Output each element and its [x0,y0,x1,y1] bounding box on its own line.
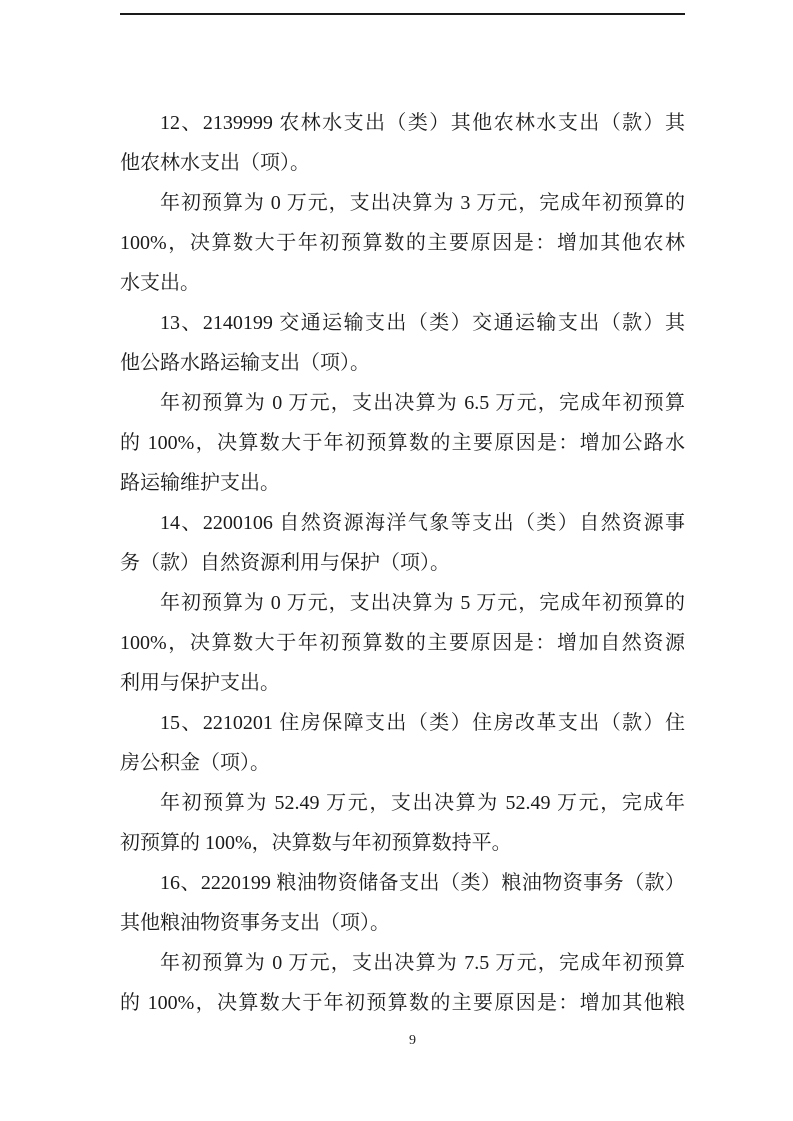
text-line: 的 100%，决算数大于年初预算数的主要原因是：增加其他粮 [120,983,685,1023]
paragraph: 16、2220199 粮油物资储备支出（类）粮油物资事务（款）其他粮油物资事务支… [120,863,685,943]
text-line: 14、2200106 自然资源海洋气象等支出（类）自然资源事 [120,503,685,543]
paragraph: 年初预算为 0 万元，支出决算为 5 万元，完成年初预算的100%，决算数大于年… [120,583,685,703]
paragraph: 年初预算为 0 万元，支出决算为 7.5 万元，完成年初预算的 100%，决算数… [120,943,685,1023]
text-line: 13、2140199 交通运输支出（类）交通运输支出（款）其 [120,303,685,343]
text-line: 100%，决算数大于年初预算数的主要原因是：增加自然资源 [120,623,685,663]
document-body: 12、2139999 农林水支出（类）其他农林水支出（款）其他农林水支出（项）。… [120,103,685,1023]
text-line: 15、2210201 住房保障支出（类）住房改革支出（款）住 [120,703,685,743]
document-page: 12、2139999 农林水支出（类）其他农林水支出（款）其他农林水支出（项）。… [0,0,793,1121]
paragraph: 13、2140199 交通运输支出（类）交通运输支出（款）其他公路水路运输支出（… [120,303,685,383]
text-line: 年初预算为 0 万元，支出决算为 7.5 万元，完成年初预算 [120,943,685,983]
paragraph: 12、2139999 农林水支出（类）其他农林水支出（款）其他农林水支出（项）。 [120,103,685,183]
text-line: 其他粮油物资事务支出（项）。 [120,903,685,943]
text-line: 利用与保护支出。 [120,663,685,703]
text-line: 年初预算为 52.49 万元，支出决算为 52.49 万元，完成年 [120,783,685,823]
text-line: 初预算的 100%，决算数与年初预算数持平。 [120,823,685,863]
text-line: 路运输维护支出。 [120,463,685,503]
text-line: 房公积金（项）。 [120,743,685,783]
text-line: 的 100%，决算数大于年初预算数的主要原因是：增加公路水 [120,423,685,463]
text-line: 年初预算为 0 万元，支出决算为 6.5 万元，完成年初预算 [120,383,685,423]
header-divider [120,13,685,15]
text-line: 年初预算为 0 万元，支出决算为 3 万元，完成年初预算的 [120,183,685,223]
text-line: 16、2220199 粮油物资储备支出（类）粮油物资事务（款） [120,863,685,903]
text-line: 年初预算为 0 万元，支出决算为 5 万元，完成年初预算的 [120,583,685,623]
page-number: 9 [409,1033,416,1048]
paragraph: 14、2200106 自然资源海洋气象等支出（类）自然资源事务（款）自然资源利用… [120,503,685,583]
text-line: 他农林水支出（项）。 [120,143,685,183]
paragraph: 年初预算为 52.49 万元，支出决算为 52.49 万元，完成年初预算的 10… [120,783,685,863]
text-line: 水支出。 [120,263,685,303]
paragraph: 年初预算为 0 万元，支出决算为 3 万元，完成年初预算的100%，决算数大于年… [120,183,685,303]
text-line: 12、2139999 农林水支出（类）其他农林水支出（款）其 [120,103,685,143]
text-line: 100%，决算数大于年初预算数的主要原因是：增加其他农林 [120,223,685,263]
paragraph: 年初预算为 0 万元，支出决算为 6.5 万元，完成年初预算的 100%，决算数… [120,383,685,503]
text-line: 他公路水路运输支出（项）。 [120,343,685,383]
page-footer: 9 [130,1032,695,1050]
paragraph: 15、2210201 住房保障支出（类）住房改革支出（款）住房公积金（项）。 [120,703,685,783]
text-line: 务（款）自然资源利用与保护（项）。 [120,543,685,583]
